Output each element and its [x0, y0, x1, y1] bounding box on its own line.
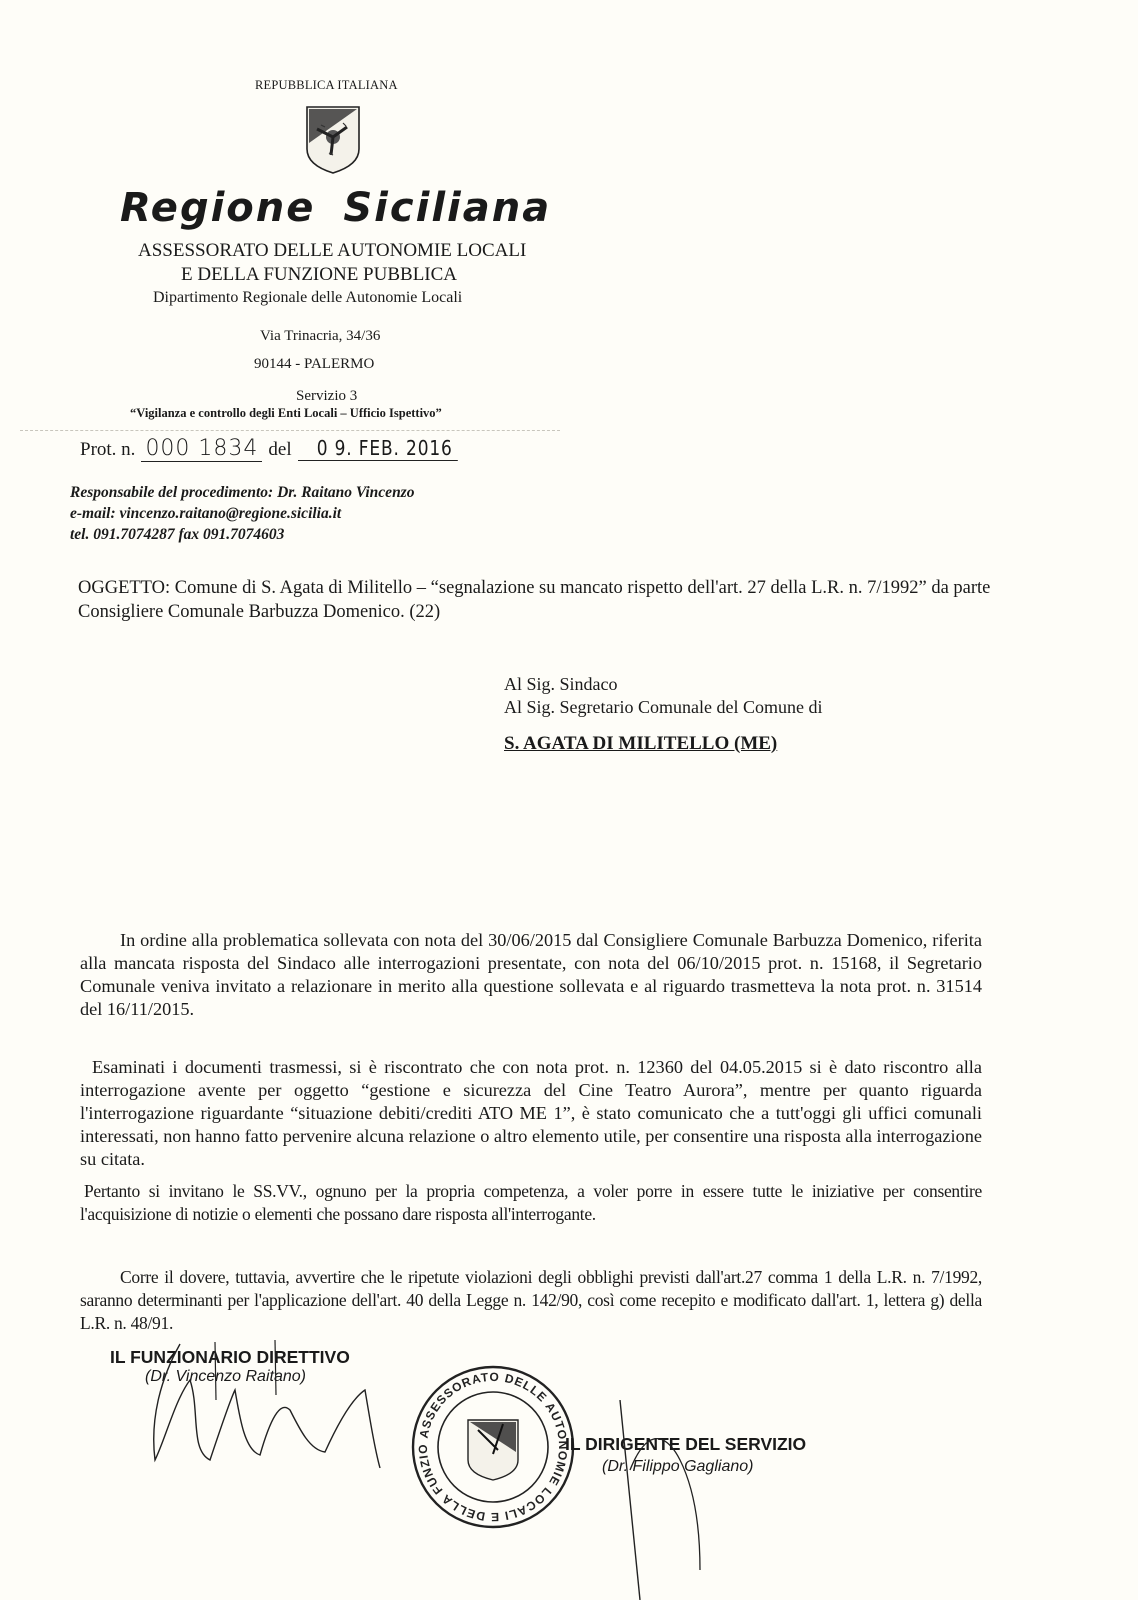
recipient-secretary: Al Sig. Segretario Comunale del Comune d…	[504, 696, 822, 719]
region-title-word1: Regione	[120, 185, 315, 231]
divider	[20, 430, 560, 431]
protocol-label: Prot. n.	[80, 439, 135, 461]
assessorato-line2: E DELLA FUNZIONE PUBBLICA	[181, 264, 457, 286]
official-stamp-icon: ASSESSORATO DELLE AUTONOMIE LOCALI E DEL…	[408, 1362, 578, 1532]
service-name: Servizio 3	[296, 388, 357, 405]
handwritten-signature-icon	[600, 1400, 720, 1600]
contact-phone: tel. 091.7074287 fax 091.7074603	[70, 524, 414, 545]
address-street: Via Trinacria, 34/36	[260, 328, 380, 345]
republic-label: REPUBBLICA ITALIANA	[255, 78, 398, 93]
recipients-block: Al Sig. Sindaco Al Sig. Segretario Comun…	[504, 673, 822, 719]
subject-line: OGGETTO: Comune di S. Agata di Militello…	[78, 576, 998, 624]
contact-block: Responsabile del procedimento: Dr. Raita…	[70, 482, 414, 545]
responsible-person: Responsabile del procedimento: Dr. Raita…	[70, 482, 414, 503]
protocol-number: 000 1834	[141, 436, 262, 462]
region-title: RegioneSiciliana	[120, 185, 551, 231]
body-paragraph: In ordine alla problematica sollevata co…	[80, 929, 982, 1021]
protocol-del-label: del	[268, 439, 291, 461]
recipient-mayor: Al Sig. Sindaco	[504, 673, 822, 696]
sicily-crest-icon	[303, 103, 363, 175]
service-description: “Vigilanza e controllo degli Enti Locali…	[130, 406, 442, 421]
handwritten-signature-icon	[120, 1340, 400, 1470]
body-paragraph: Corre il dovere, tuttavia, avvertire che…	[80, 1266, 982, 1335]
region-title-word2: Siciliana	[343, 185, 551, 231]
body-paragraph: Esaminati i documenti trasmessi, si è ri…	[80, 1056, 982, 1171]
contact-email: e-mail: vincenzo.raitano@regione.sicilia…	[70, 503, 414, 524]
department-name: Dipartimento Regionale delle Autonomie L…	[153, 289, 462, 307]
assessorato-line1: ASSESSORATO DELLE AUTONOMIE LOCALI	[138, 240, 526, 262]
protocol-line: Prot. n. 000 1834 del 0 9. FEB. 2016	[80, 436, 486, 462]
recipient-municipality: S. AGATA DI MILITELLO (ME)	[504, 733, 777, 755]
body-paragraph: Pertanto si invitano le SS.VV., ognuno p…	[80, 1180, 982, 1226]
address-city: 90144 - PALERMO	[254, 356, 374, 373]
protocol-date-stamp: 0 9. FEB. 2016	[298, 436, 458, 461]
